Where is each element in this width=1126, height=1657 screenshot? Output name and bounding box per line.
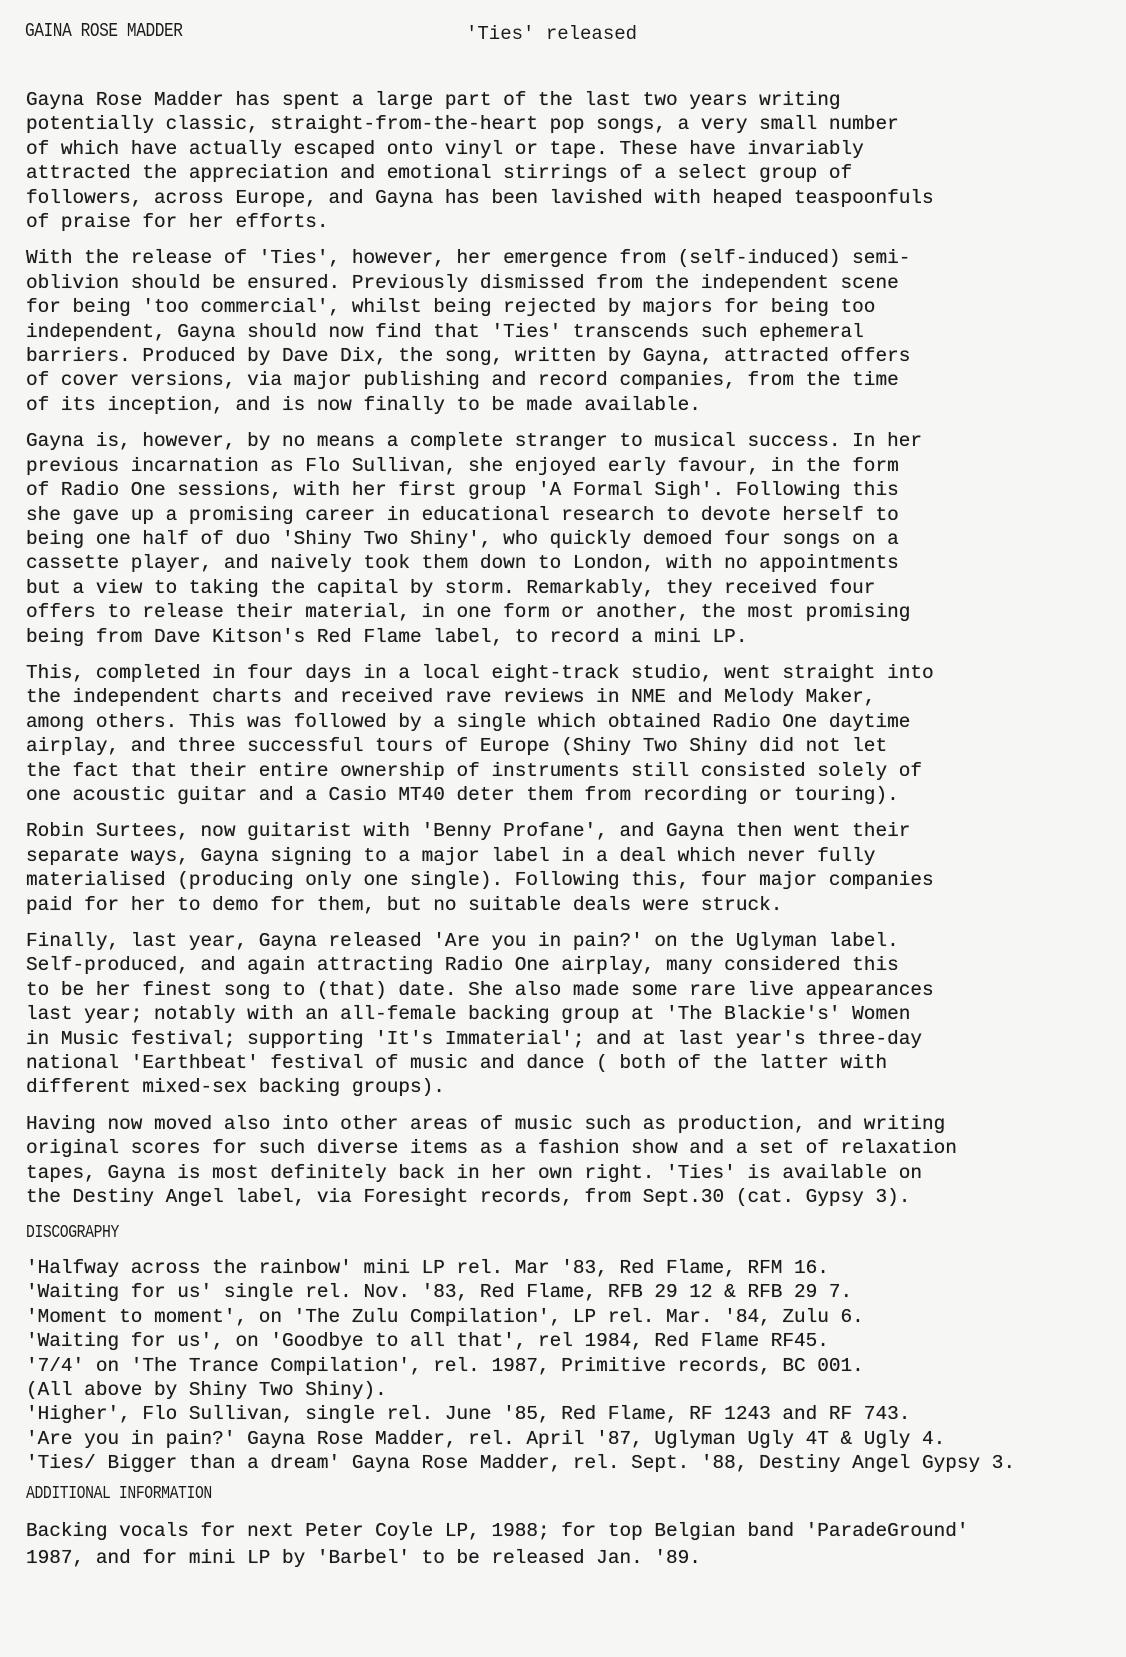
paragraph-intro: Gayna Rose Madder has spent a large part… bbox=[26, 88, 1116, 234]
document-body: Gayna Rose Madder has spent a large part… bbox=[26, 88, 1116, 1584]
discography-list: 'Halfway across the rainbow' mini LP rel… bbox=[26, 1256, 1116, 1476]
release-title: 'Ties' released bbox=[466, 23, 637, 45]
discography-item: 'Are you in pain?' Gayna Rose Madder, re… bbox=[26, 1427, 1116, 1451]
paragraph-background: Gayna is, however, by no means a complet… bbox=[26, 429, 1116, 649]
discography-item: 'Waiting for us' single rel. Nov. '83, R… bbox=[26, 1280, 1116, 1304]
paragraph-last-year: Finally, last year, Gayna released 'Are … bbox=[26, 929, 1116, 1100]
artist-name: GAINA ROSE MADDER bbox=[25, 20, 183, 42]
discography-item: 'Higher', Flo Sullivan, single rel. June… bbox=[26, 1402, 1116, 1426]
paragraph-mini-lp: This, completed in four days in a local … bbox=[26, 661, 1116, 807]
paragraph-availability: Having now moved also into other areas o… bbox=[26, 1112, 1116, 1210]
document-header: GAINA ROSE MADDER 'Ties' released bbox=[25, 20, 1101, 50]
discography-item: (All above by Shiny Two Shiny). bbox=[26, 1378, 1116, 1402]
paragraph-ties-release: With the release of 'Ties', however, her… bbox=[26, 246, 1116, 417]
discography-item: 'Waiting for us', on 'Goodbye to all tha… bbox=[26, 1329, 1116, 1353]
discography-item: 'Moment to moment', on 'The Zulu Compila… bbox=[26, 1305, 1116, 1329]
discography-item: '7/4' on 'The Trance Compilation', rel. … bbox=[26, 1354, 1116, 1378]
additional-information-section: ADDITIONAL INFORMATION Backing vocals fo… bbox=[26, 1482, 1116, 1572]
typewritten-press-release: GAINA ROSE MADDER 'Ties' released Gayna … bbox=[0, 0, 1126, 1657]
discography-item: 'Ties/ Bigger than a dream' Gayna Rose M… bbox=[26, 1451, 1116, 1475]
additional-information-heading: ADDITIONAL INFORMATION bbox=[26, 1482, 920, 1506]
discography-item: 'Halfway across the rainbow' mini LP rel… bbox=[26, 1256, 1116, 1280]
additional-information-text: Backing vocals for next Peter Coyle LP, … bbox=[26, 1518, 1116, 1572]
paragraph-separate-ways: Robin Surtees, now guitarist with 'Benny… bbox=[26, 819, 1116, 917]
discography-heading: DISCOGRAPHY bbox=[26, 1221, 920, 1245]
